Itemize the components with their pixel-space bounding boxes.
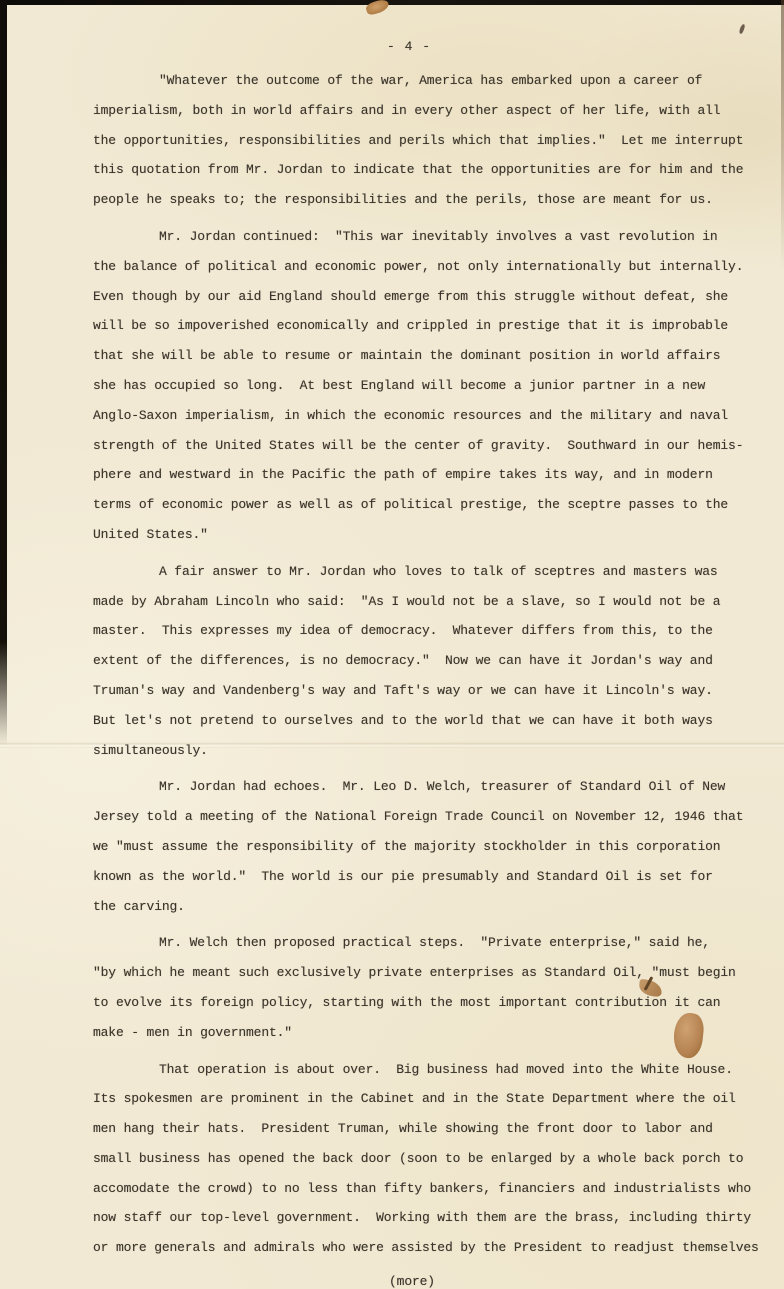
text-line: strength of the United States will be th… <box>93 431 765 461</box>
text-line: people he speaks to; the responsibilitie… <box>93 185 765 215</box>
text-line: will be so impoverished economically and… <box>93 311 765 341</box>
text-line: make - men in government." <box>93 1018 765 1048</box>
text-line: this quotation from Mr. Jordan to indica… <box>93 155 765 185</box>
paragraph-welch-echoes: Mr. Jordan had echoes. Mr. Leo D. Welch,… <box>93 772 765 921</box>
text-line: United States." <box>93 520 765 550</box>
text-line: known as the world." The world is our pi… <box>93 862 765 892</box>
paragraph-jordan-continued: Mr. Jordan continued: "This war inevitab… <box>93 222 765 550</box>
text-line: simultaneously. <box>93 736 765 766</box>
text-line: or more generals and admirals who were a… <box>93 1233 765 1263</box>
text-line: the balance of political and economic po… <box>93 252 765 282</box>
text-line: accomodate the crowd) to no less than fi… <box>93 1174 765 1204</box>
scan-edge-top <box>0 0 784 5</box>
text-line: "Whatever the outcome of the war, Americ… <box>93 66 765 96</box>
pen-mark <box>739 24 746 35</box>
text-line: the opportunities, responsibilities and … <box>93 126 765 156</box>
continuation-marker: (more) <box>76 1267 748 1289</box>
scan-edge-left <box>0 0 7 746</box>
text-line: Jersey told a meeting of the National Fo… <box>93 802 765 832</box>
text-line: But let's not pretend to ourselves and t… <box>93 706 765 736</box>
text-line: Anglo-Saxon imperialism, in which the ec… <box>93 401 765 431</box>
text-line: Its spokesmen are prominent in the Cabin… <box>93 1084 765 1114</box>
text-line: A fair answer to Mr. Jordan who loves to… <box>93 557 765 587</box>
text-line: she has occupied so long. At best Englan… <box>93 371 765 401</box>
page-number: - 4 - <box>73 36 745 57</box>
text-line: men hang their hats. President Truman, w… <box>93 1114 765 1144</box>
text-line: imperialism, both in world affairs and i… <box>93 96 765 126</box>
paragraph-lincoln-answer: A fair answer to Mr. Jordan who loves to… <box>93 557 765 766</box>
paragraph-big-business: That operation is about over. Big busine… <box>93 1055 765 1264</box>
paragraph-welch-steps: Mr. Welch then proposed practical steps.… <box>93 928 765 1047</box>
document-page: - 4 - "Whatever the outcome of the war, … <box>0 0 784 1289</box>
text-line: we "must assume the responsibility of th… <box>93 832 765 862</box>
text-line: the carving. <box>93 892 765 922</box>
text-line: Even though by our aid England should em… <box>93 282 765 312</box>
text-line: Mr. Jordan continued: "This war inevitab… <box>93 222 765 252</box>
text-line: Mr. Welch then proposed practical steps.… <box>93 928 765 958</box>
text-line: to evolve its foreign policy, starting w… <box>93 988 765 1018</box>
text-line: small business has opened the back door … <box>93 1144 765 1174</box>
text-line: Mr. Jordan had echoes. Mr. Leo D. Welch,… <box>93 772 765 802</box>
text-line: terms of economic power as well as of po… <box>93 490 765 520</box>
text-line: master. This expresses my idea of democr… <box>93 616 765 646</box>
text-line: extent of the differences, is no democra… <box>93 646 765 676</box>
paragraph-jordan-quote: "Whatever the outcome of the war, Americ… <box>93 66 765 215</box>
text-line: That operation is about over. Big busine… <box>93 1055 765 1085</box>
page-content: - 4 - "Whatever the outcome of the war, … <box>93 36 765 1289</box>
text-line: Truman's way and Vandenberg's way and Ta… <box>93 676 765 706</box>
text-line: made by Abraham Lincoln who said: "As I … <box>93 587 765 617</box>
text-line: now staff our top-level government. Work… <box>93 1203 765 1233</box>
text-line: "by which he meant such exclusively priv… <box>93 958 765 988</box>
text-line: phere and westward in the Pacific the pa… <box>93 460 765 490</box>
text-line: that she will be able to resume or maint… <box>93 341 765 371</box>
